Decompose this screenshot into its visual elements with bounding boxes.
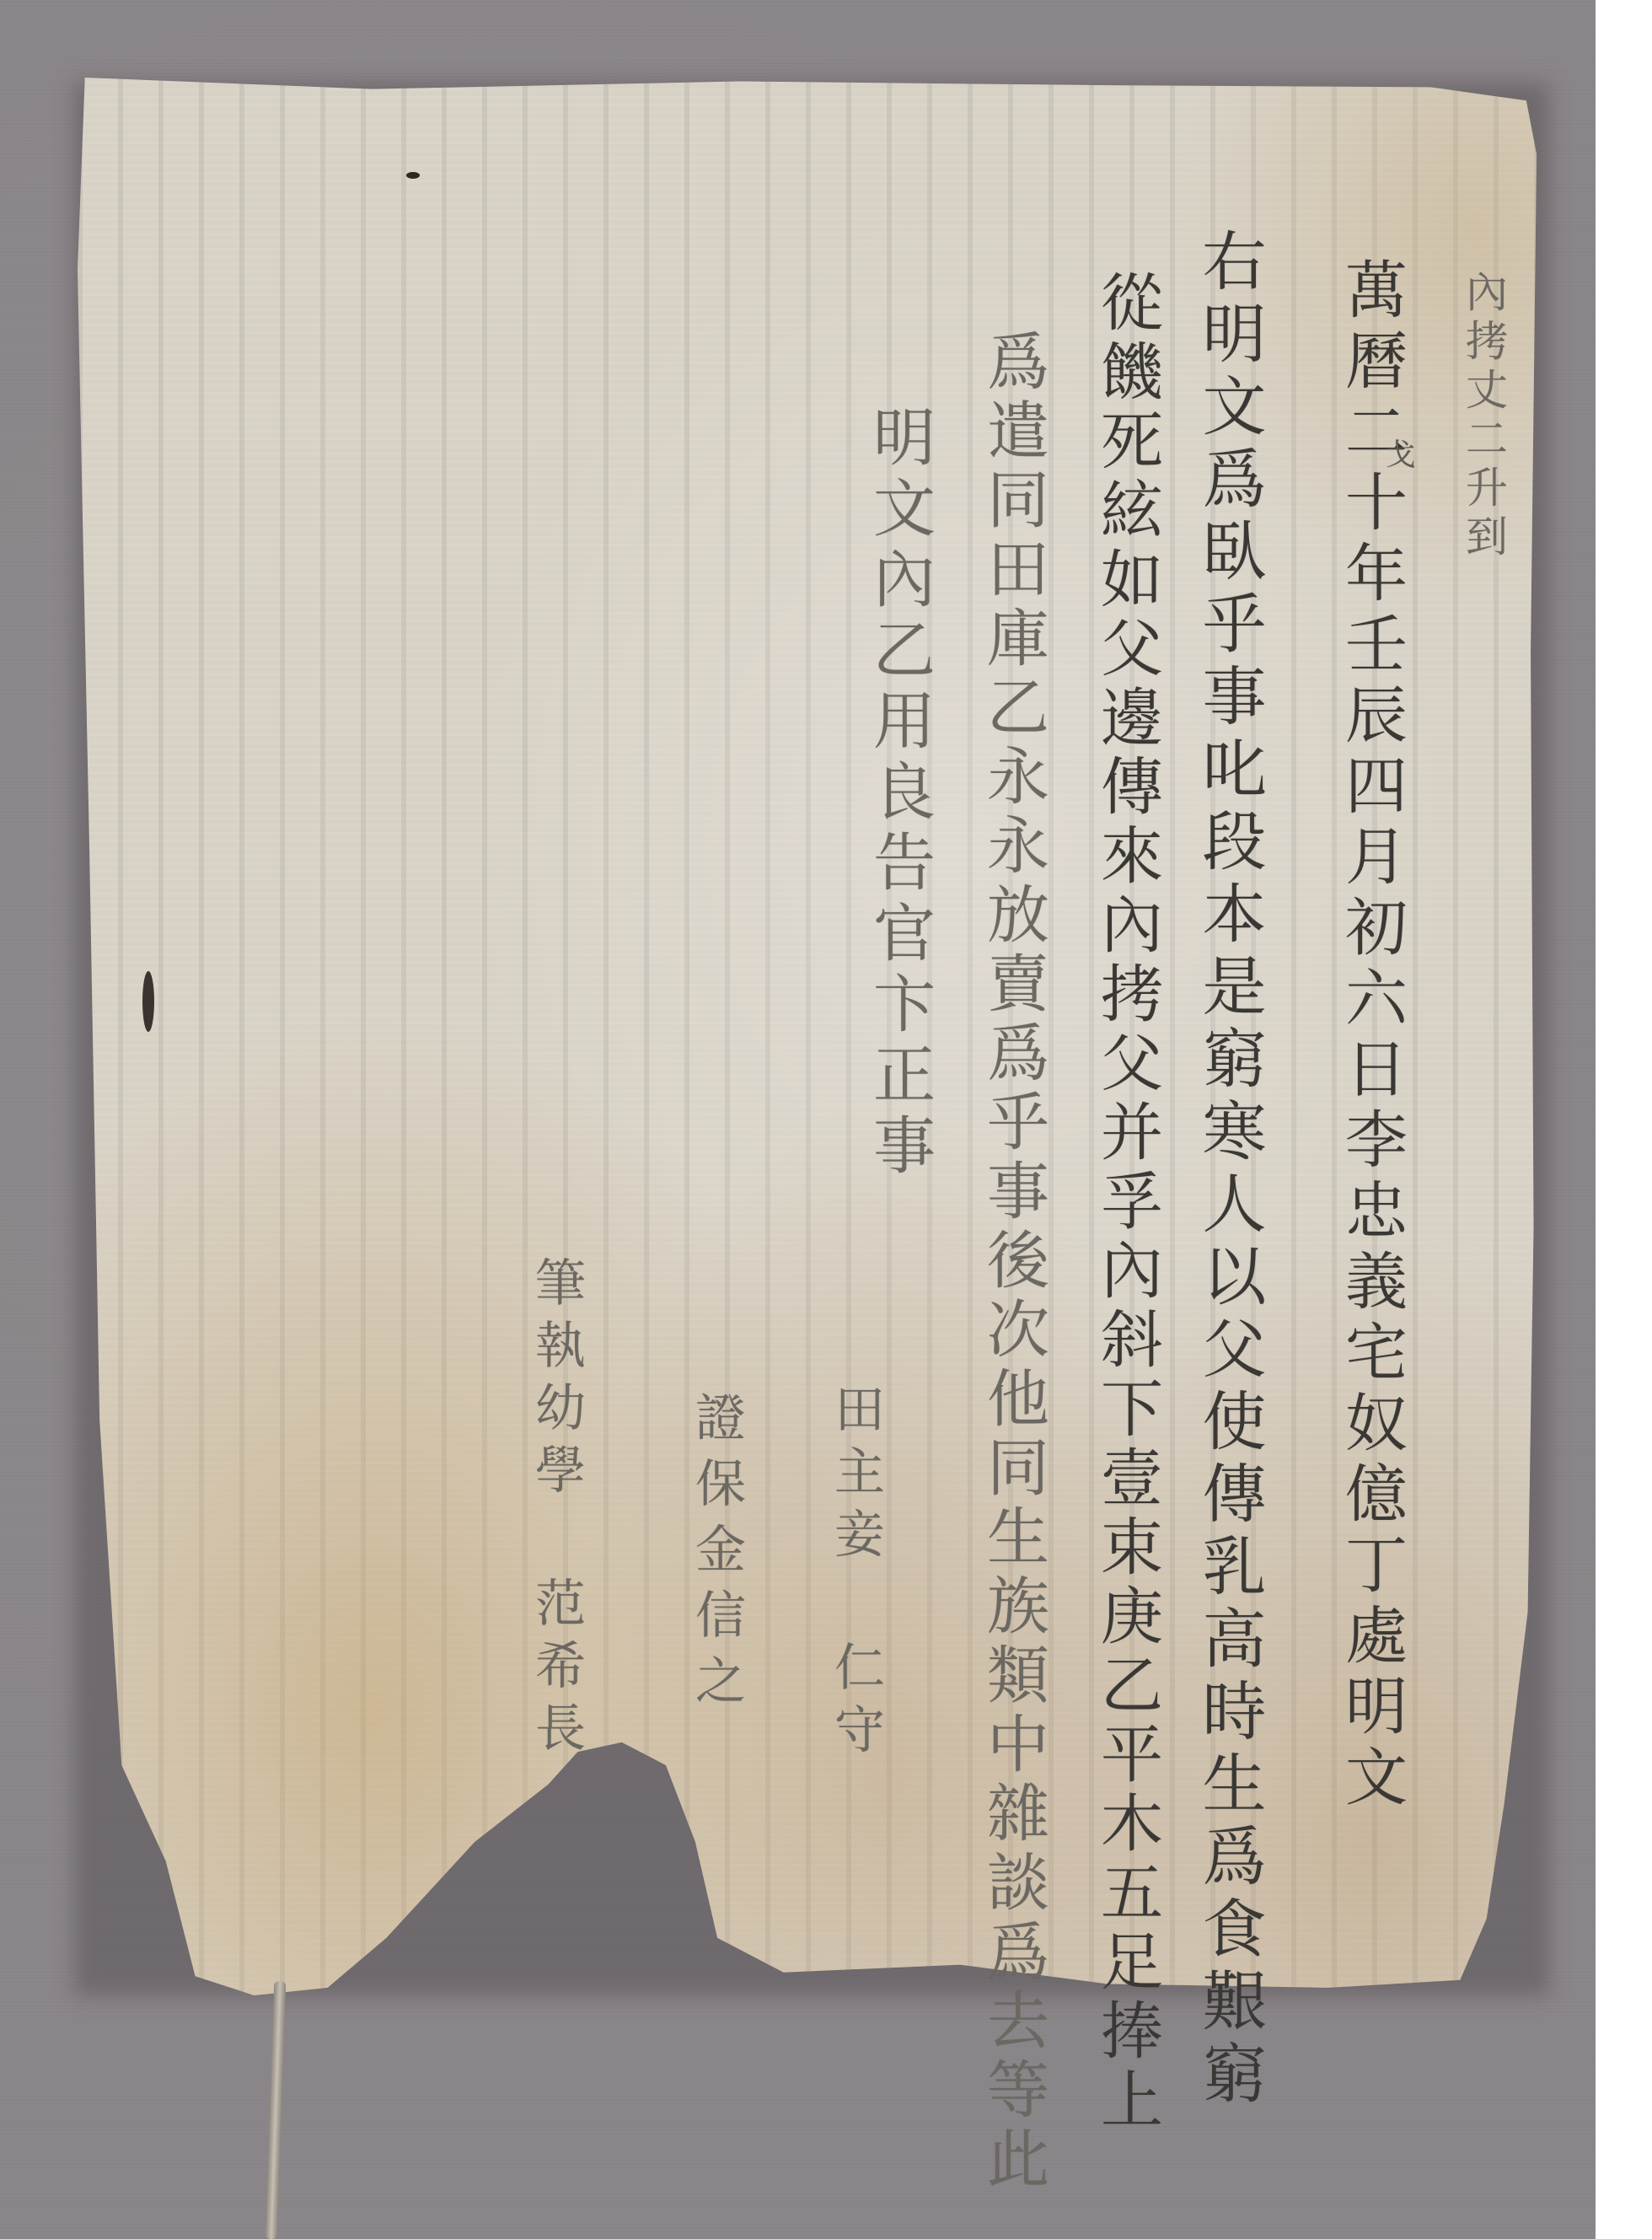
deed-paper: [78, 78, 1548, 1995]
signature-role: 證保: [687, 1391, 746, 1522]
body-column-3: 從饑死絃如父邊傳來內拷父并孚內斜下壹束庚乙平木五足捧上: [1096, 270, 1158, 2136]
signature-name: 金信之: [687, 1522, 746, 1720]
margin-note: 內拷丈二升到: [1462, 270, 1504, 563]
signature-name: 妾 仁守: [826, 1507, 885, 1765]
signature-witness: 證保金信之: [691, 1391, 742, 1720]
signature-name: 幼學 范希長: [527, 1381, 586, 1764]
body-column-4: 爲遣同田庫乙永永放賣爲乎事後次他同生族類中雜談爲去等此: [982, 329, 1044, 2195]
ink-spot: [406, 172, 420, 179]
signature-land-owner: 田主妾 仁守: [830, 1383, 881, 1765]
body-column-2: 右明文爲臥乎事叱段本是窮寒人以父使傳乳高時生爲食艱窮: [1197, 228, 1261, 2113]
body-column-5: 明文內乙用良告官卞正事: [868, 405, 931, 1184]
signature-scribe: 筆執幼學 范希長: [531, 1256, 582, 1764]
small-annotation: 戈: [1382, 438, 1413, 475]
signature-role: 田主: [826, 1383, 885, 1507]
paper-hole: [142, 971, 154, 1032]
date-line: 萬曆二十年壬辰四月初六日李忠義宅奴億丁處明文: [1340, 257, 1403, 1815]
signature-role: 筆執: [527, 1256, 586, 1381]
